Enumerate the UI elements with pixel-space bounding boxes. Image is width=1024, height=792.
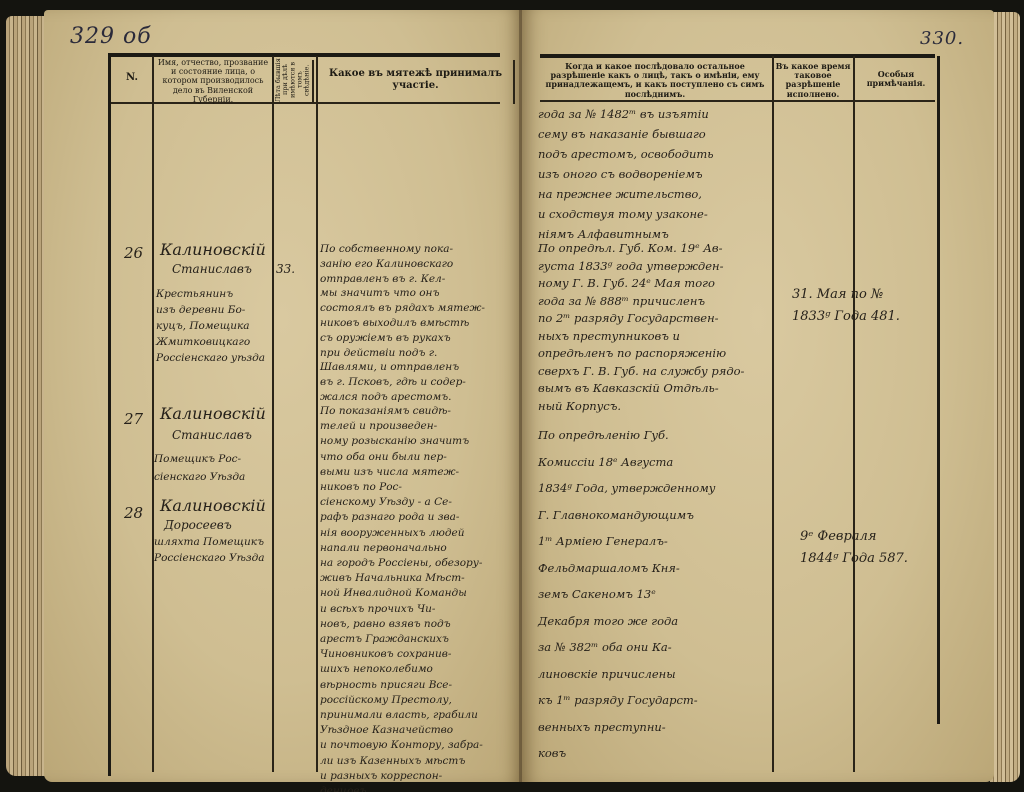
book-gutter: [519, 10, 522, 782]
entry-surname: Калиновскій: [160, 240, 266, 259]
left-col-divider-2: [272, 56, 274, 772]
entry-role: По собственному пока- занію его Калиновс…: [320, 242, 516, 405]
entry-executed-date: 31. Мая по № 1833ᵍ Года 481.: [792, 284, 942, 328]
header-age: Лѣта бывшія при дѣлѣ имѣются в томъ свѣд…: [275, 58, 311, 102]
entry-surname: Калиновскій: [160, 496, 266, 515]
right-header-bottom-rule: [540, 100, 935, 102]
left-col-divider-5: [513, 60, 515, 104]
right-col-divider-1: [772, 56, 774, 772]
entry-number: 27: [124, 410, 143, 428]
entry-given-name: Станиславъ: [172, 262, 252, 276]
right-page-number: 330.: [920, 28, 964, 49]
header-number: N.: [112, 72, 152, 84]
ledger-spread: 329 об 330. N. Имя, отчество, прозвание …: [0, 0, 1024, 792]
entry-given-name: Доросеевъ: [164, 518, 232, 532]
entry-number: 28: [124, 504, 143, 522]
left-col-divider-4: [312, 60, 314, 104]
entry-status: Помещикъ Рос- сіенскаго Уѣзда: [154, 450, 272, 486]
left-page-number: 329 об: [70, 24, 152, 49]
entry-status: Крестьянинъ изъ деревни Бо- куцъ, Помещи…: [156, 286, 272, 366]
header-executed: Въ какое время таковое разрѣшеніе исполн…: [774, 62, 852, 99]
left-col-divider-3: [316, 56, 318, 772]
left-col-divider-1: [152, 56, 154, 772]
entry-role: По показаніямъ свидѣ- телей и произведен…: [320, 404, 516, 792]
entry-resolution: По опредѣл. Губ. Ком. 19ᵉ Ав- густа 1833…: [538, 240, 770, 415]
header-name-status: Имя, отчество, прозвание и состояние лиц…: [154, 58, 272, 104]
entry-resolution: По опредѣленію Губ. Комиссіи 18ᵉ Августа…: [538, 422, 770, 767]
entry-surname: Калиновскій: [160, 404, 266, 423]
header-notes: Особыя примѣчанія.: [856, 70, 936, 88]
entry-executed-date: 9ᵉ Февраля 1844ᵍ Года 587.: [800, 526, 930, 570]
entry-number: 26: [124, 244, 143, 262]
page-stack-right-edge: [990, 12, 1020, 782]
right-table-border: [937, 56, 940, 724]
left-table-border: [108, 56, 111, 776]
entry-age: 33.: [276, 262, 295, 276]
header-role: Какое въ мятежѣ принималъ участіе.: [318, 68, 513, 91]
header-resolution: Когда и какое послѣдовало остальное разр…: [540, 62, 770, 99]
left-top-rule: [108, 53, 500, 57]
entry-status: шляхта Помещикъ Россіенскаго Уѣзда: [154, 534, 272, 566]
carryover-resolution: года за № 1482ᵐ въ изъятіи сему въ наказ…: [538, 104, 770, 244]
right-top-rule: [540, 54, 935, 58]
right-col-divider-2: [853, 56, 855, 772]
entry-given-name: Станиславъ: [172, 428, 252, 442]
